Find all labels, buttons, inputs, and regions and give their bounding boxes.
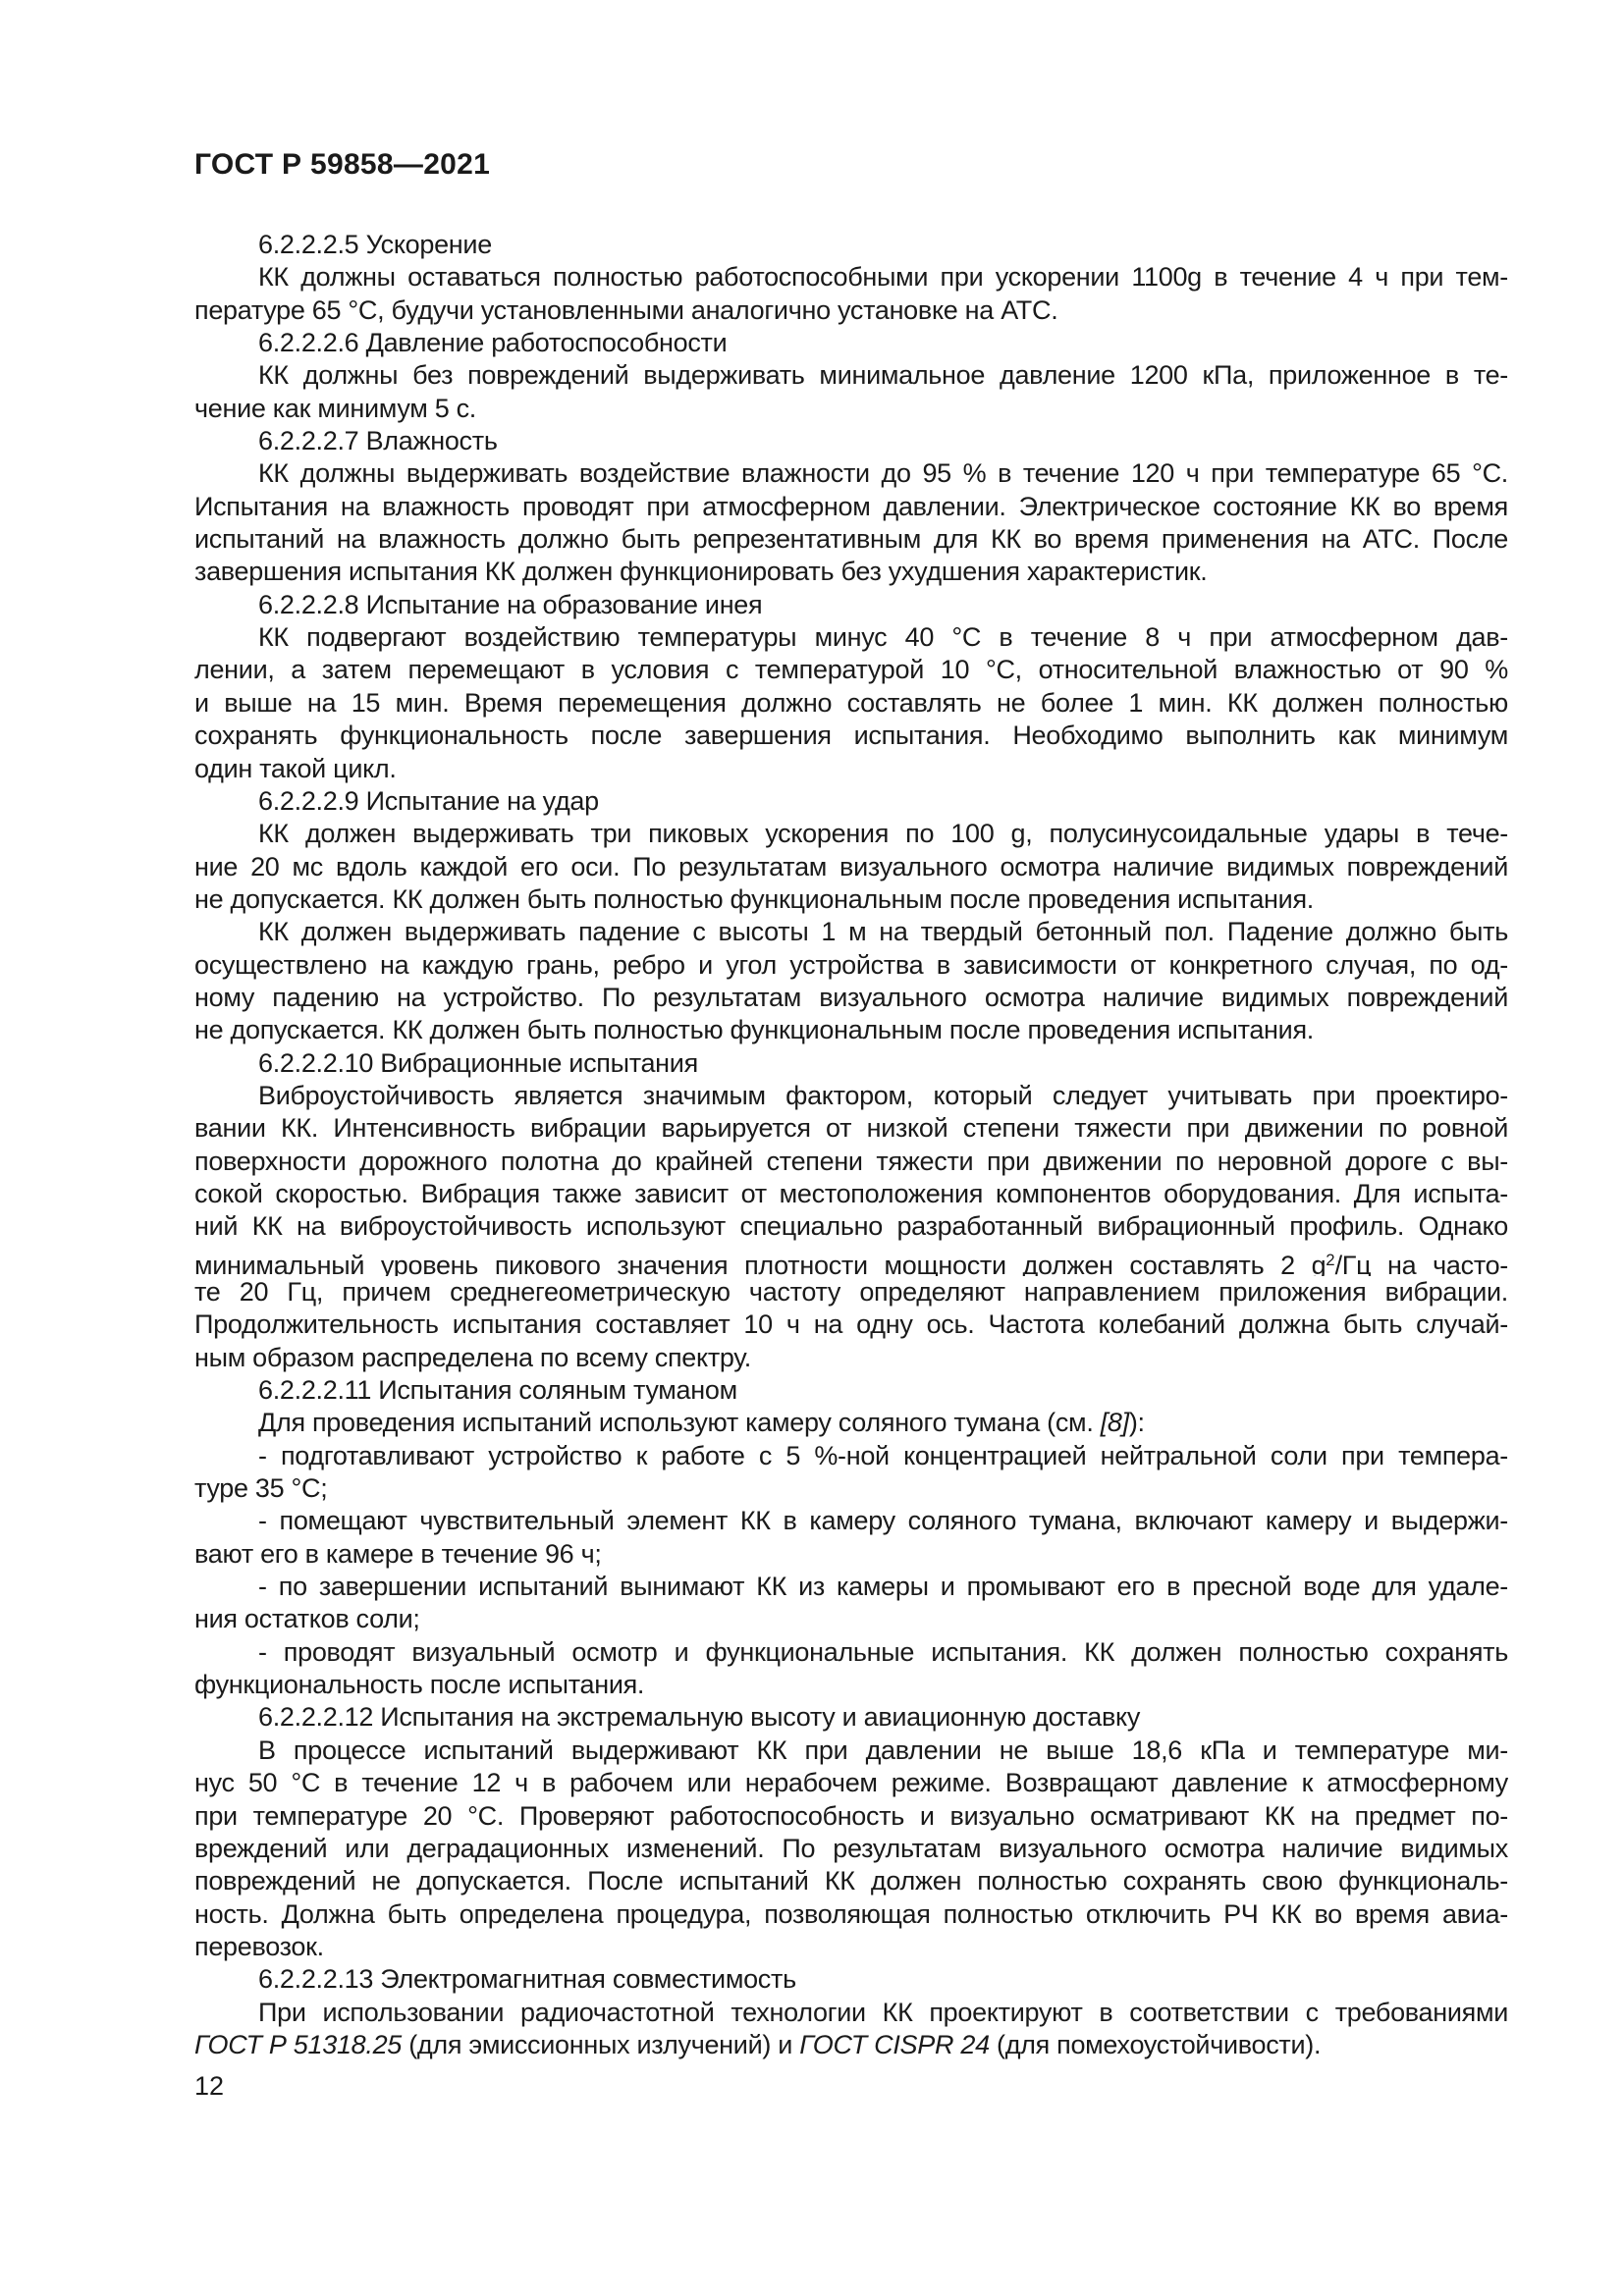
section-heading: 6.2.2.2.7 Влажность: [194, 425, 1508, 457]
section-heading: 6.2.2.2.5 Ускорение: [194, 229, 1508, 261]
document-body: 6.2.2.2.5 УскорениеКК должны оставаться …: [194, 229, 1508, 2061]
text-line: сохранять функциональность после заверше…: [194, 720, 1508, 752]
section-heading: 6.2.2.2.9 Испытание на удар: [194, 785, 1508, 818]
text-line: - подготавливают устройство к работе с 5…: [194, 1440, 1508, 1472]
text-line: При использовании радиочастотной техноло…: [194, 1997, 1508, 2029]
reference-text: ГОСТ Р 51318.25: [194, 2030, 402, 2059]
text-line: - помещают чувствительный элемент КК в к…: [194, 1505, 1508, 1537]
text-line: завершения испытания КК должен функциони…: [194, 556, 1508, 588]
text-line: поверхности дорожного полотна до крайней…: [194, 1146, 1508, 1178]
text-line: вают его в камере в течение 96 ч;: [194, 1538, 1508, 1571]
text-line: ний КК на виброустойчивость используют с…: [194, 1210, 1508, 1243]
text-line: Виброустойчивость является значимым факт…: [194, 1080, 1508, 1112]
text-line: КК должен выдерживать три пиковых ускоре…: [194, 818, 1508, 850]
text-line: КК должны оставаться полностью работоспо…: [194, 261, 1508, 294]
text-line: функциональность после испытания.: [194, 1669, 1508, 1701]
text-line: один такой цикл.: [194, 753, 1508, 785]
text-segment: Для проведения испытаний используют каме…: [258, 1408, 1101, 1437]
text-line: ность. Должна быть определена процедура,…: [194, 1898, 1508, 1931]
text-line: В процессе испытаний выдерживают КК при …: [194, 1735, 1508, 1767]
text-line: КК должен выдерживать падение с высоты 1…: [194, 916, 1508, 948]
text-line: при температуре 20 °С. Проверяют работос…: [194, 1800, 1508, 1833]
text-line: перевозок.: [194, 1931, 1508, 1963]
text-line: не допускается. КК должен быть полностью…: [194, 1014, 1508, 1046]
text-line: ному падению на устройство. По результат…: [194, 982, 1508, 1014]
text-line: ния остатков соли;: [194, 1603, 1508, 1635]
text-line: КК должны без повреждений выдерживать ми…: [194, 359, 1508, 392]
text-line: те 20 Гц, причем среднегеометрическую ча…: [194, 1276, 1508, 1308]
document-page: ГОСТ Р 59858—2021 6.2.2.2.5 УскорениеКК …: [0, 0, 1624, 2296]
reference-text: ГОСТ CISPR 24: [799, 2030, 990, 2059]
section-heading: 6.2.2.2.10 Вибрационные испытания: [194, 1047, 1508, 1080]
text-line: пературе 65 °С, будучи установленными ан…: [194, 294, 1508, 327]
text-line: ГОСТ Р 51318.25 (для эмиссионных излучен…: [194, 2029, 1508, 2061]
text-line: минимальный уровень пикового значения пл…: [194, 1244, 1508, 1276]
section-heading: 6.2.2.2.8 Испытание на образование инея: [194, 589, 1508, 621]
text-line: Продолжительность испытания составляет 1…: [194, 1308, 1508, 1341]
text-line: ние 20 мс вдоль каждой его оси. По резул…: [194, 851, 1508, 883]
text-line: Испытания на влажность проводят при атмо…: [194, 491, 1508, 523]
section-heading: 6.2.2.2.11 Испытания соляным туманом: [194, 1374, 1508, 1407]
text-line: туре 35 °С;: [194, 1472, 1508, 1505]
section-heading: 6.2.2.2.12 Испытания на экстремальную вы…: [194, 1701, 1508, 1734]
text-line: КК должны выдерживать воздействие влажно…: [194, 457, 1508, 490]
reference-text: [8]: [1101, 1408, 1129, 1437]
text-segment: ):: [1129, 1408, 1145, 1437]
text-segment: (для эмиссионных излучений) и: [402, 2030, 799, 2059]
text-line: и выше на 15 мин. Время перемещения долж…: [194, 687, 1508, 720]
text-line: КК подвергают воздействию температуры ми…: [194, 621, 1508, 654]
superscript: 2: [1326, 1251, 1334, 1269]
text-line: вании КК. Интенсивность вибрации варьиру…: [194, 1112, 1508, 1145]
text-segment: /Гц на часто-: [1335, 1251, 1508, 1276]
text-line: не допускается. КК должен быть полностью…: [194, 883, 1508, 916]
text-line: - проводят визуальный осмотр и функциона…: [194, 1636, 1508, 1669]
text-line: вреждений или деградационных изменений. …: [194, 1833, 1508, 1865]
text-line: повреждений не допускается. После испыта…: [194, 1865, 1508, 1897]
text-line: лении, а затем перемещают в условия с те…: [194, 654, 1508, 686]
section-heading: 6.2.2.2.13 Электромагнитная совместимост…: [194, 1963, 1508, 1996]
text-line: ным образом распределена по всему спектр…: [194, 1342, 1508, 1374]
text-segment: (для помехоустойчивости).: [990, 2030, 1321, 2059]
page-number: 12: [194, 2070, 224, 2103]
text-line: испытаний на влажность должно быть репре…: [194, 523, 1508, 556]
text-line: нус 50 °С в течение 12 ч в рабочем или н…: [194, 1767, 1508, 1799]
text-line: - по завершении испытаний вынимают КК из…: [194, 1571, 1508, 1603]
document-header: ГОСТ Р 59858—2021: [194, 148, 490, 181]
text-line: Для проведения испытаний используют каме…: [194, 1407, 1508, 1439]
text-segment: минимальный уровень пикового значения пл…: [194, 1251, 1326, 1276]
section-heading: 6.2.2.2.6 Давление работоспособности: [194, 327, 1508, 359]
text-line: осуществлено на каждую грань, ребро и уг…: [194, 949, 1508, 982]
text-line: сокой скоростью. Вибрация также зависит …: [194, 1178, 1508, 1210]
text-line: чение как минимум 5 с.: [194, 393, 1508, 425]
